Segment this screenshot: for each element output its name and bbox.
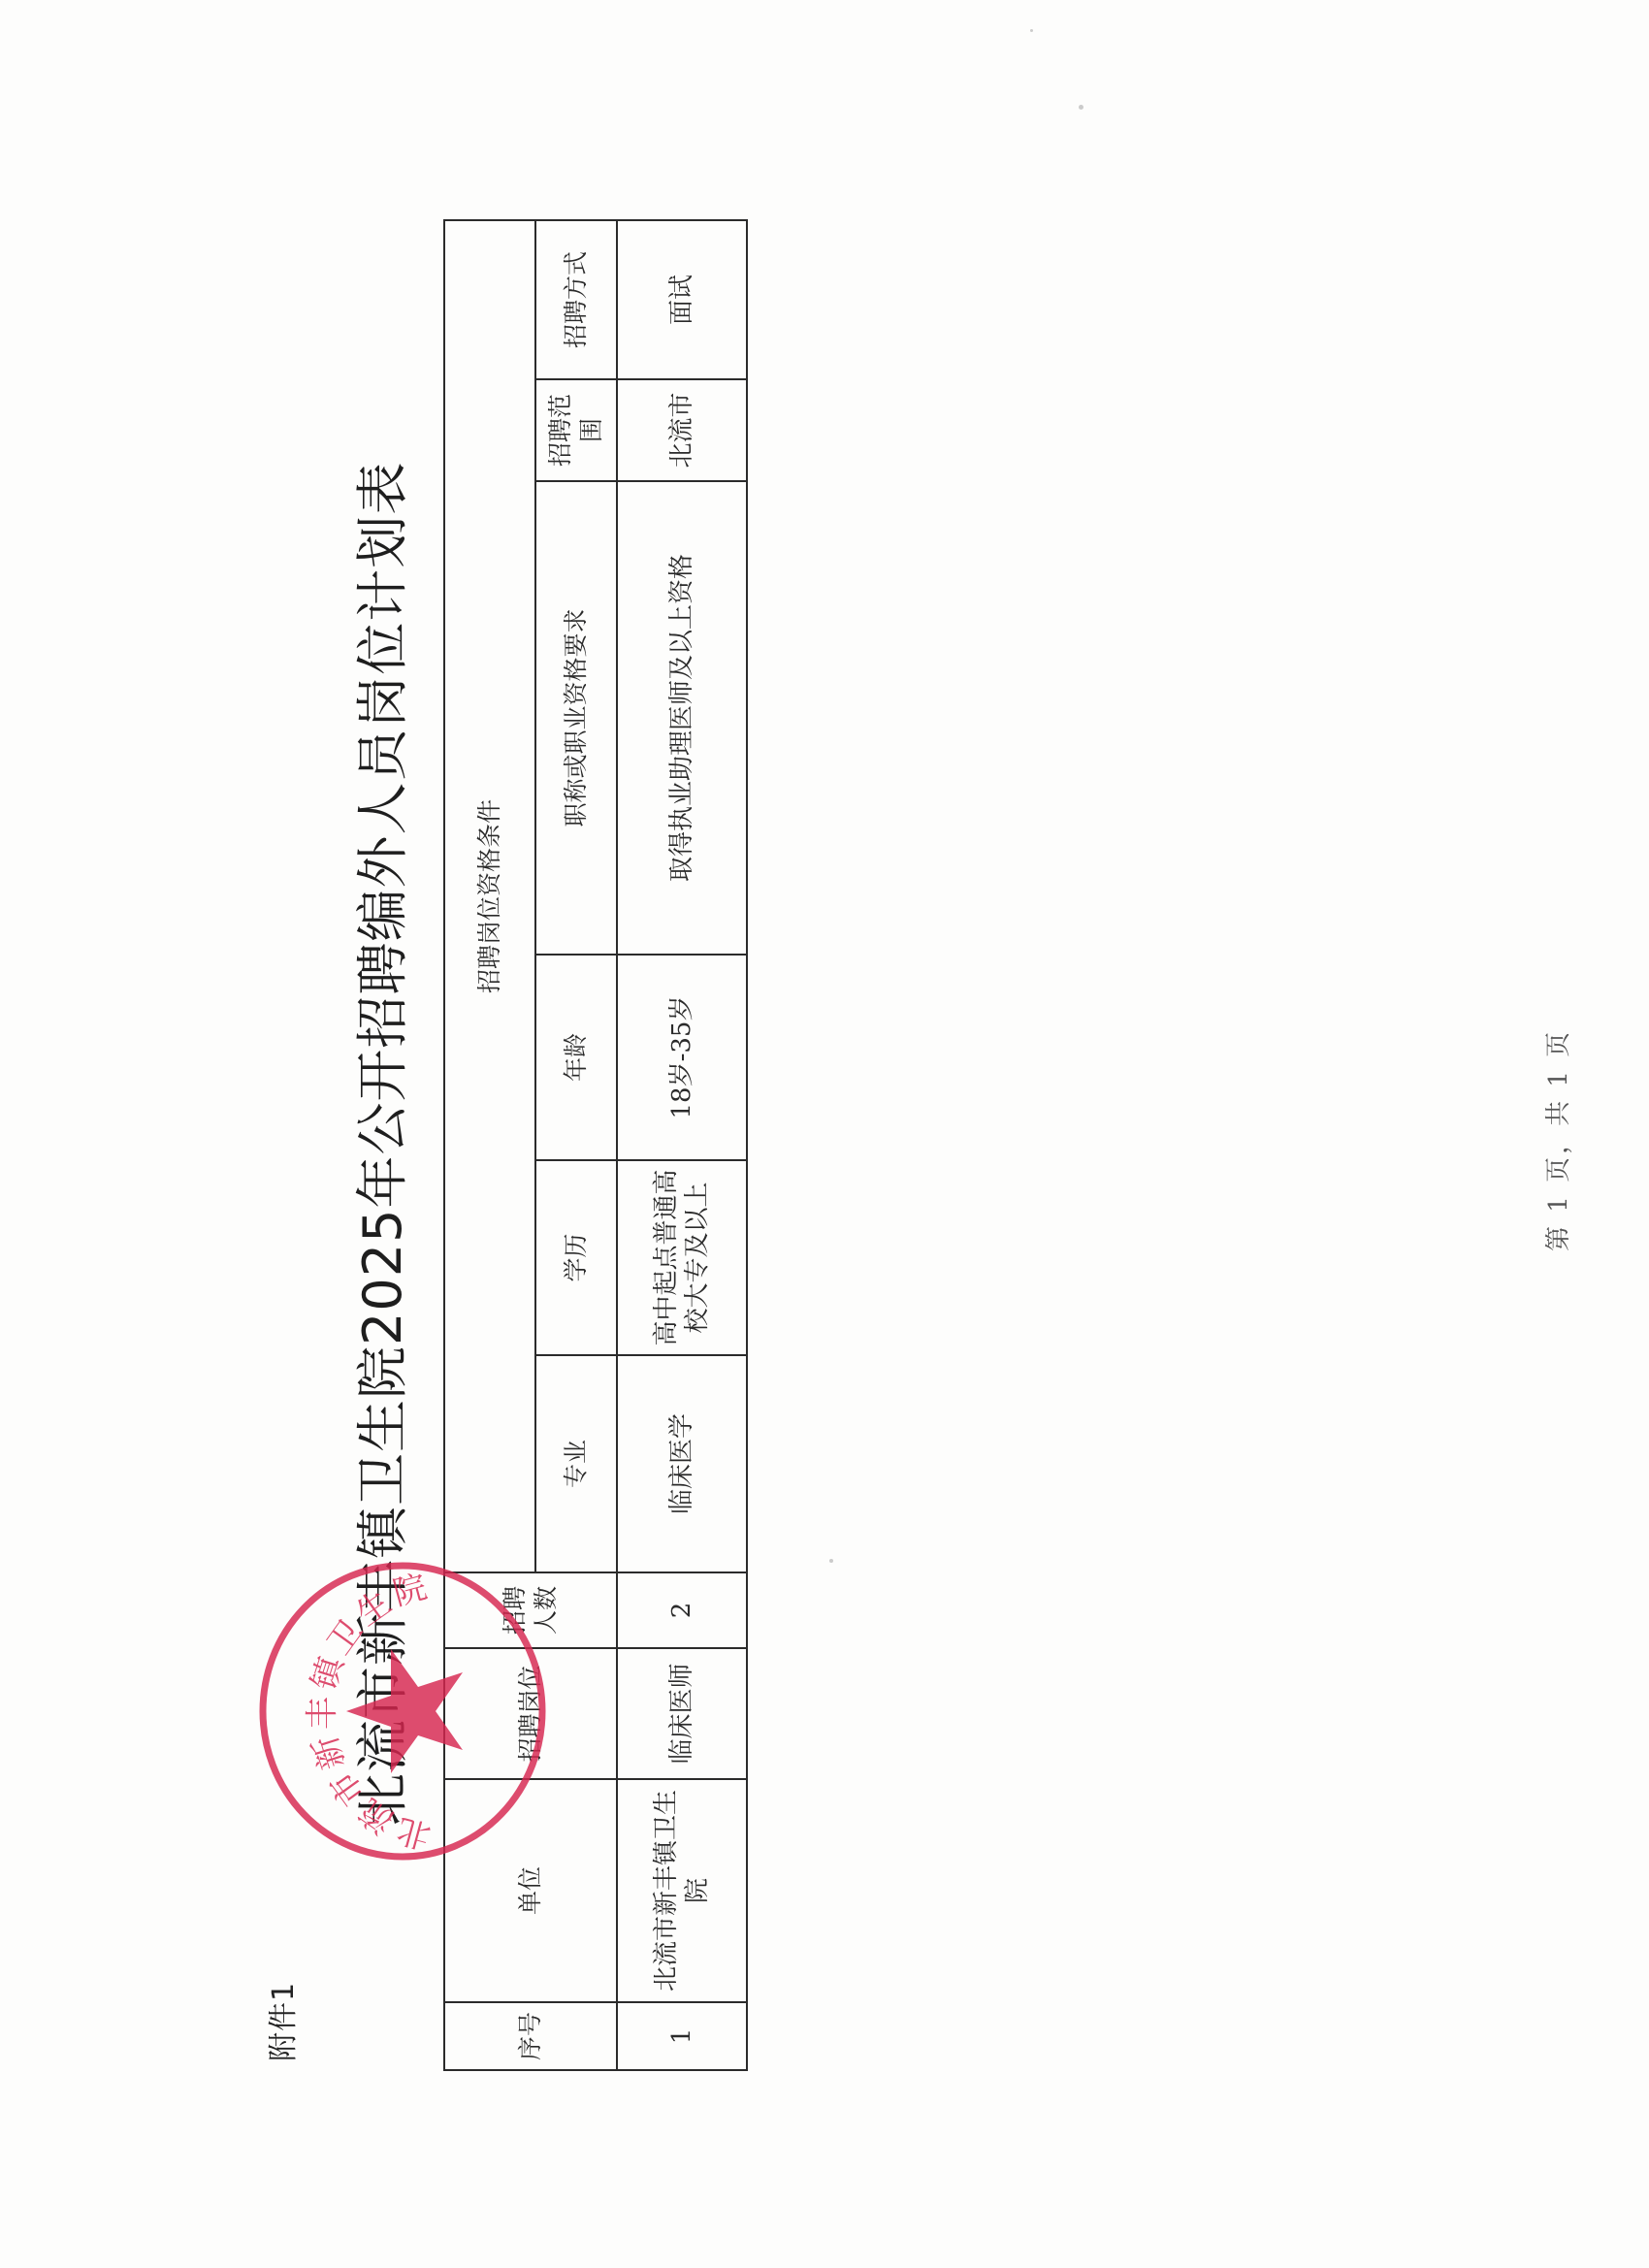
cell-method: 面试 — [617, 220, 747, 379]
header-qualification-group: 招聘岗位资格条件 — [444, 220, 535, 1572]
header-age: 年龄 — [535, 955, 617, 1160]
header-count: 招聘人数 — [444, 1572, 617, 1648]
header-method: 招聘方式 — [535, 220, 617, 379]
header-title-requirement: 职称或职业资格要求 — [535, 481, 617, 955]
rotated-document: 附件1 北流市新丰镇卫生院2025年公开招聘编外人员岗位计划表 序号 单位 招聘… — [0, 0, 1649, 2268]
cell-major: 临床医学 — [617, 1355, 747, 1572]
header-major: 专业 — [535, 1355, 617, 1572]
table-row: 1 北流市新丰镇卫生院 临床医师 2 临床医学 高中起点普通高校大专及以上 18… — [617, 220, 747, 2070]
header-education: 学历 — [535, 1160, 617, 1355]
cell-position: 临床医师 — [617, 1648, 747, 1779]
page-title: 北流市新丰镇卫生院2025年公开招聘编外人员岗位计划表 — [353, 468, 413, 1826]
table-header-row: 序号 单位 招聘岗位 招聘人数 招聘岗位资格条件 — [444, 220, 535, 2070]
cell-count: 2 — [617, 1572, 747, 1648]
header-index: 序号 — [444, 2002, 617, 2070]
cell-age: 18岁-35岁 — [617, 955, 747, 1160]
scanned-page: 附件1 北流市新丰镇卫生院2025年公开招聘编外人员岗位计划表 序号 单位 招聘… — [0, 0, 1649, 2268]
cell-unit: 北流市新丰镇卫生院 — [617, 1779, 747, 2002]
page-footer: 第 1 页，共 1 页 — [1538, 1029, 1574, 1251]
cell-title-requirement: 取得执业助理医师及以上资格 — [617, 481, 747, 955]
cell-index: 1 — [617, 2002, 747, 2070]
recruitment-plan-table: 序号 单位 招聘岗位 招聘人数 招聘岗位资格条件 专业 学历 年龄 职称或职业资… — [443, 219, 748, 2071]
header-position: 招聘岗位 — [444, 1648, 617, 1779]
cell-scope: 北流市 — [617, 379, 747, 481]
cell-education: 高中起点普通高校大专及以上 — [617, 1160, 747, 1355]
header-unit: 单位 — [444, 1779, 617, 2002]
attachment-label: 附件1 — [268, 1982, 301, 2061]
header-scope: 招聘范围 — [535, 379, 617, 481]
